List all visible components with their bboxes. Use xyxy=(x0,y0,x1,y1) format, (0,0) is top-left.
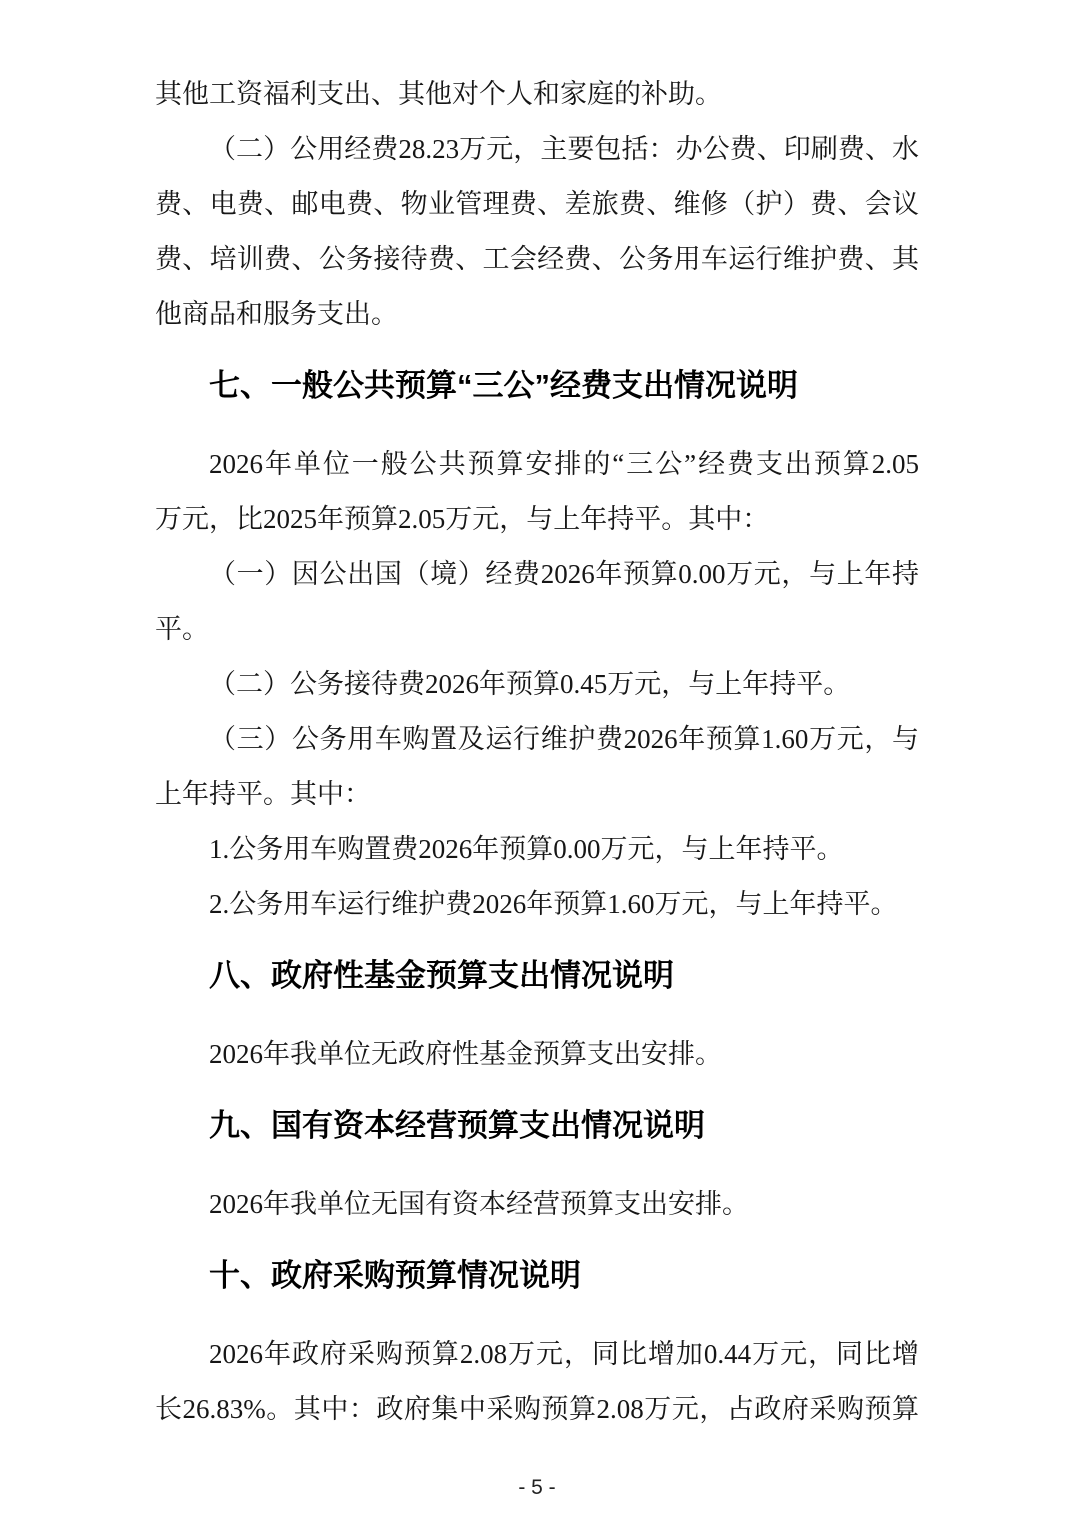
paragraph: 1.公务用车购置费2026年预算0.00万元，与上年持平。 xyxy=(155,822,919,877)
paragraph-line: （三）公务用车购置及运行维护费2026年预算1.60万元，与 xyxy=(155,712,919,767)
paragraph: 2026年单位一般公共预算安排的“三公”经费支出预算2.05 万元，比2025年… xyxy=(155,437,919,547)
paragraph: （二）公务接待费2026年预算0.45万元，与上年持平。 xyxy=(155,657,919,712)
paragraph-line: 2026年单位一般公共预算安排的“三公”经费支出预算2.05 xyxy=(155,437,919,492)
paragraph-line: 其他工资福利支出、其他对个人和家庭的补助。 xyxy=(155,67,919,122)
paragraph-line: （一）因公出国（境）经费2026年预算0.00万元，与上年持 xyxy=(155,547,919,602)
paragraph: （三）公务用车购置及运行维护费2026年预算1.60万元，与 上年持平。其中： xyxy=(155,712,919,822)
section-heading-8: 八、政府性基金预算支出情况说明 xyxy=(155,948,919,1003)
paragraph-line: 2026年我单位无政府性基金预算支出安排。 xyxy=(155,1027,919,1082)
paragraph-line: （二）公用经费28.23万元，主要包括：办公费、印刷费、水 xyxy=(155,122,919,177)
paragraph: 2026年政府采购预算2.08万元，同比增加0.44万元，同比增 长26.83%… xyxy=(155,1327,919,1437)
paragraph: 2.公务用车运行维护费2026年预算1.60万元，与上年持平。 xyxy=(155,877,919,932)
paragraph-line: 费、培训费、公务接待费、工会经费、公务用车运行维护费、其 xyxy=(155,232,919,287)
paragraph-line: 上年持平。其中： xyxy=(155,767,919,822)
paragraph-line: 万元，比2025年预算2.05万元，与上年持平。其中： xyxy=(155,492,919,547)
section-heading-10: 十、政府采购预算情况说明 xyxy=(155,1248,919,1303)
page-body-text: 其他工资福利支出、其他对个人和家庭的补助。 （二）公用经费28.23万元，主要包… xyxy=(155,67,919,1437)
paragraph-line: （二）公务接待费2026年预算0.45万元，与上年持平。 xyxy=(155,657,919,712)
section-heading-7: 七、一般公共预算“三公”经费支出情况说明 xyxy=(155,358,919,413)
paragraph-line: 他商品和服务支出。 xyxy=(155,287,919,342)
page-footer: - 5 - xyxy=(0,1474,1074,1502)
paragraph: 2026年我单位无政府性基金预算支出安排。 xyxy=(155,1027,919,1082)
paragraph: （一）因公出国（境）经费2026年预算0.00万元，与上年持 平。 xyxy=(155,547,919,657)
document-page: 其他工资福利支出、其他对个人和家庭的补助。 （二）公用经费28.23万元，主要包… xyxy=(0,0,1074,1520)
paragraph-line: 2026年我单位无国有资本经营预算支出安排。 xyxy=(155,1177,919,1232)
paragraph: 其他工资福利支出、其他对个人和家庭的补助。 xyxy=(155,67,919,122)
section-heading-9: 九、国有资本经营预算支出情况说明 xyxy=(155,1098,919,1153)
paragraph-line: 2026年政府采购预算2.08万元，同比增加0.44万元，同比增 xyxy=(155,1327,919,1382)
paragraph-line: 费、电费、邮电费、物业管理费、差旅费、维修（护）费、会议 xyxy=(155,177,919,232)
paragraph: 2026年我单位无国有资本经营预算支出安排。 xyxy=(155,1177,919,1232)
paragraph: （二）公用经费28.23万元，主要包括：办公费、印刷费、水 费、电费、邮电费、物… xyxy=(155,122,919,342)
paragraph-line: 平。 xyxy=(155,602,919,657)
paragraph-line: 1.公务用车购置费2026年预算0.00万元，与上年持平。 xyxy=(155,822,919,877)
paragraph-line: 长26.83%。其中：政府集中采购预算2.08万元，占政府采购预算 xyxy=(155,1382,919,1437)
page-number: - 5 - xyxy=(518,1476,555,1499)
paragraph-line: 2.公务用车运行维护费2026年预算1.60万元，与上年持平。 xyxy=(155,877,919,932)
